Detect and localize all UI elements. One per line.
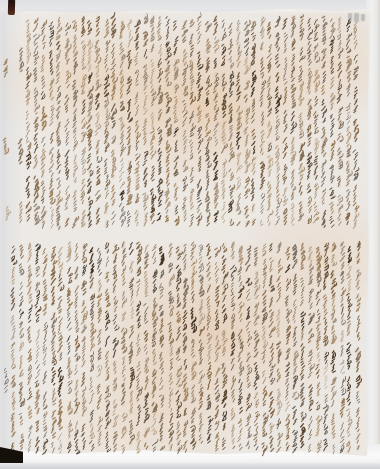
binding-edge-top-icon	[8, 0, 15, 15]
stamp-mark	[348, 13, 352, 21]
manuscript-scan	[0, 0, 380, 469]
stamp-mark	[354, 13, 359, 22]
manuscript-page	[0, 8, 371, 456]
stamp-mark	[361, 14, 365, 21]
faint-page-number-stamp	[348, 10, 368, 24]
